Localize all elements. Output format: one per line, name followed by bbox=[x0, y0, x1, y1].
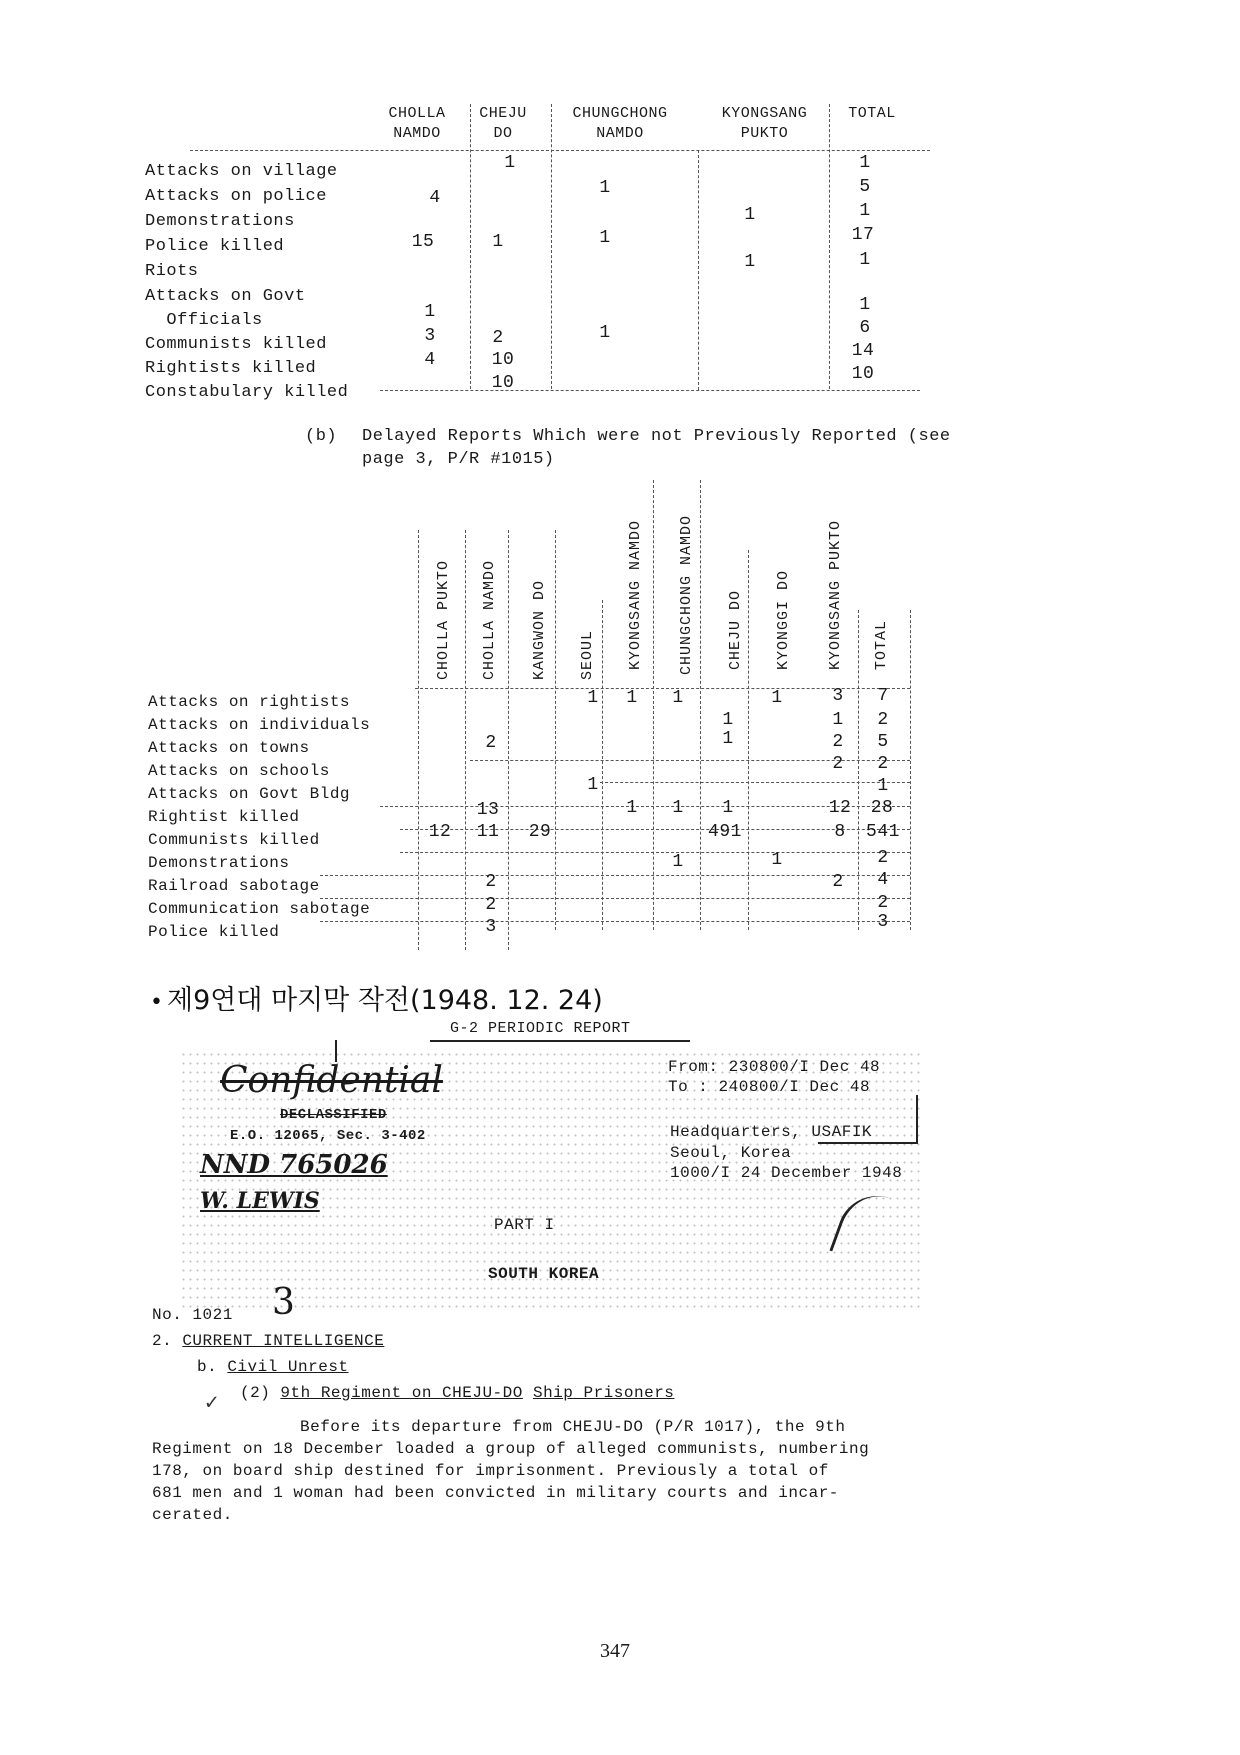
table-b-cell: 2 bbox=[476, 733, 506, 753]
table-b-row-label: Rightist killed bbox=[148, 808, 300, 826]
report-from: From: 230800/I Dec 48 bbox=[668, 1058, 880, 1076]
divider bbox=[700, 480, 701, 930]
divider bbox=[400, 852, 910, 853]
report-number: No. 1021 bbox=[152, 1306, 233, 1324]
bullet-icon: • bbox=[150, 990, 163, 1015]
table-b-cell: 2 bbox=[476, 872, 506, 892]
stamp-nnd: NND 765026 bbox=[200, 1150, 388, 1180]
divider bbox=[600, 782, 910, 783]
table-b-cell: 2 bbox=[868, 893, 898, 913]
table-a-cell: 1 bbox=[410, 302, 450, 322]
table-a-row-label: Demonstrations bbox=[145, 212, 295, 231]
handwritten-number: 3 bbox=[272, 1282, 295, 1323]
table-b-cell: 29 bbox=[520, 822, 560, 842]
table-b-row-label: Attacks on towns bbox=[148, 739, 310, 757]
section-b-line2: page 3, P/R #1015) bbox=[362, 450, 555, 469]
table-b-row-label: Police killed bbox=[148, 923, 279, 941]
table-b-cell: 2 bbox=[868, 754, 898, 774]
divider bbox=[320, 898, 910, 899]
table-a-cell: 1 bbox=[730, 205, 770, 225]
paragraph-line: Regiment on 18 December loaded a group o… bbox=[152, 1438, 869, 1460]
report-datetime: 1000/I 24 December 1948 bbox=[670, 1164, 902, 1182]
table-a-row-label: Police killed bbox=[145, 237, 284, 256]
checkmark-icon: ✓ bbox=[205, 1390, 218, 1416]
divider bbox=[858, 610, 859, 930]
table-b-header-seoul: SEOUL bbox=[579, 610, 596, 680]
table-b-cell: 1 bbox=[663, 798, 693, 818]
table-b-row-label: Communists killed bbox=[148, 831, 320, 849]
table-a-header-cheju-do: CHEJU DO bbox=[463, 104, 543, 144]
divider bbox=[910, 610, 911, 930]
divider bbox=[551, 104, 552, 389]
table-a-cell: 1 bbox=[845, 201, 885, 221]
table-b-cell: 1 bbox=[578, 688, 608, 708]
table-a-row-label: Officials bbox=[145, 311, 263, 330]
table-a-cell: 5 bbox=[845, 177, 885, 197]
table-b-cell: 13 bbox=[468, 800, 508, 820]
table-a-cell: 10 bbox=[478, 373, 528, 393]
table-b-header-kyonggi-do: KYONGGI DO bbox=[775, 555, 792, 670]
table-a-cell: 1 bbox=[730, 252, 770, 272]
report-title: G-2 PERIODIC REPORT bbox=[450, 1020, 631, 1037]
table-a-cell: 1 bbox=[585, 228, 625, 248]
table-b-cell: 491 bbox=[700, 822, 750, 842]
paragraph-line: 178, on board ship destined for imprison… bbox=[152, 1460, 829, 1482]
table-a-row-label: Constabulary killed bbox=[145, 383, 348, 402]
divider bbox=[335, 1040, 337, 1062]
table-b-row-label: Attacks on Govt Bldg bbox=[148, 785, 350, 803]
table-a-cell: 4 bbox=[415, 188, 455, 208]
table-b-row-label: Attacks on individuals bbox=[148, 716, 370, 734]
subsection-heading: b. Civil Unrest bbox=[197, 1358, 349, 1376]
table-a-row-label: Rightists killed bbox=[145, 359, 316, 378]
table-b-cell: 2 bbox=[868, 710, 898, 730]
table-a-cell: 1 bbox=[845, 153, 885, 173]
table-a-cell: 1 bbox=[490, 153, 530, 173]
divider bbox=[320, 921, 910, 922]
report-hq: Headquarters, USAFIK bbox=[670, 1123, 872, 1141]
table-b-row-label: Demonstrations bbox=[148, 854, 289, 872]
table-a-cell: 1 bbox=[585, 323, 625, 343]
table-a-row-label: Attacks on village bbox=[145, 162, 338, 181]
table-b-row-label: Communication sabotage bbox=[148, 900, 370, 918]
divider bbox=[190, 150, 930, 151]
table-b-cell: 2 bbox=[868, 848, 898, 868]
table-b-cell: 1 bbox=[713, 729, 743, 749]
table-b-row-label: Attacks on rightists bbox=[148, 693, 350, 711]
divider bbox=[829, 104, 830, 389]
table-b-cell: 12 bbox=[420, 822, 460, 842]
table-a-row-label: Riots bbox=[145, 262, 199, 281]
divider bbox=[418, 530, 419, 950]
table-a-cell: 10 bbox=[838, 364, 888, 384]
table-a-header-cholla-namdo: CHOLLA NAMDO bbox=[372, 104, 462, 144]
section-heading: 2. CURRENT INTELLIGENCE bbox=[152, 1332, 384, 1350]
table-b-header-cheju-do: CHEJU DO bbox=[727, 590, 744, 670]
table-a-cell: 10 bbox=[478, 350, 528, 370]
table-b-header-kangwon-do: KANGWON DO bbox=[531, 550, 548, 680]
table-a-cell: 15 bbox=[398, 232, 448, 252]
divider bbox=[653, 480, 654, 930]
report-to: To : 240800/I Dec 48 bbox=[668, 1078, 870, 1096]
table-a-cell: 14 bbox=[838, 341, 888, 361]
section-b-line1: Delayed Reports Which were not Previousl… bbox=[362, 427, 951, 446]
divider bbox=[748, 550, 749, 930]
table-a-cell: 4 bbox=[410, 350, 450, 370]
table-b-cell: 1 bbox=[868, 776, 898, 796]
report-location: Seoul, Korea bbox=[670, 1144, 791, 1162]
table-b-header-total: TOTAL bbox=[873, 610, 890, 670]
table-b-cell: 541 bbox=[858, 822, 908, 842]
table-b-cell: 1 bbox=[663, 688, 693, 708]
korean-section-heading: •제9연대 마지막 작전(1948. 12. 24) bbox=[150, 978, 603, 1017]
table-a-header-kyongsang-pukto: KYONGSANG PUKTO bbox=[702, 104, 827, 144]
table-a-cell: 1 bbox=[845, 250, 885, 270]
table-b-cell: 1 bbox=[713, 798, 743, 818]
table-a-cell: 17 bbox=[838, 225, 888, 245]
table-a-row-label: Attacks on Govt bbox=[145, 287, 306, 306]
table-b-cell: 1 bbox=[713, 710, 743, 730]
table-a-cell: 2 bbox=[478, 328, 518, 348]
table-b-header-cholla-namdo: CHOLLA NAMDO bbox=[481, 530, 498, 680]
table-b-header-chungchong-namdo: CHUNGCHONG NAMDO bbox=[678, 480, 695, 675]
table-a-cell: 3 bbox=[410, 326, 450, 346]
page-number: 347 bbox=[600, 1640, 630, 1663]
table-b-cell: 1 bbox=[762, 688, 792, 708]
divider bbox=[916, 1095, 918, 1143]
table-b-cell: 12 bbox=[820, 798, 860, 818]
divider bbox=[465, 530, 466, 950]
section-b-marker: (b) bbox=[305, 427, 337, 446]
table-b-cell: 1 bbox=[762, 850, 792, 870]
table-b-cell: 4 bbox=[868, 870, 898, 890]
divider bbox=[380, 390, 920, 391]
paragraph-line: cerated. bbox=[152, 1504, 233, 1526]
table-a-cell: 1 bbox=[585, 178, 625, 198]
table-b-cell: 8 bbox=[825, 822, 855, 842]
report-region: SOUTH KOREA bbox=[488, 1265, 599, 1283]
divider bbox=[508, 530, 509, 950]
table-a-cell: 6 bbox=[845, 318, 885, 338]
divider bbox=[430, 1040, 690, 1042]
table-b-cell: 5 bbox=[868, 732, 898, 752]
table-b-cell: 28 bbox=[862, 798, 902, 818]
table-a-header-chungchong-namdo: CHUNGCHONG NAMDO bbox=[555, 104, 685, 144]
paragraph-line: Before its departure from CHEJU-DO (P/R … bbox=[300, 1416, 845, 1438]
table-a-row-label: Attacks on police bbox=[145, 187, 327, 206]
divider bbox=[602, 600, 603, 930]
table-b-cell: 2 bbox=[823, 732, 853, 752]
table-b-cell: 1 bbox=[823, 710, 853, 730]
table-b-header-kyongsang-pukto: KYONGSANG PUKTO bbox=[827, 490, 844, 670]
stamp-declassified: DECLASSIFIED bbox=[280, 1107, 387, 1123]
divider bbox=[698, 150, 699, 390]
table-b-cell: 7 bbox=[868, 686, 898, 706]
stamp-by: W. LEWIS bbox=[200, 1188, 320, 1214]
table-a-header-total: TOTAL bbox=[832, 104, 912, 124]
table-a-row-label: Communists killed bbox=[145, 335, 327, 354]
table-b-cell: 1 bbox=[663, 852, 693, 872]
paragraph-line: 681 men and 1 woman had been convicted i… bbox=[152, 1482, 839, 1504]
table-b-cell: 11 bbox=[468, 822, 508, 842]
table-b-cell: 3 bbox=[823, 686, 853, 706]
table-b-cell: 3 bbox=[868, 912, 898, 932]
stamp-confidential: Confidential bbox=[220, 1060, 443, 1101]
table-b-cell: 1 bbox=[578, 775, 608, 795]
divider bbox=[320, 875, 910, 876]
item-heading: (2) 9th Regiment on CHEJU-DO Ship Prison… bbox=[240, 1384, 674, 1402]
table-b-cell: 3 bbox=[476, 917, 506, 937]
table-b-cell: 2 bbox=[823, 754, 853, 774]
table-a-cell: 1 bbox=[845, 295, 885, 315]
table-b-cell: 1 bbox=[617, 688, 647, 708]
table-b-cell: 2 bbox=[476, 895, 506, 915]
divider bbox=[555, 530, 556, 930]
divider bbox=[470, 104, 471, 389]
table-b-row-label: Railroad sabotage bbox=[148, 877, 320, 895]
table-b-header-cholla-pukto: CHOLLA PUKTO bbox=[435, 530, 452, 680]
table-b-row-label: Attacks on schools bbox=[148, 762, 330, 780]
table-b-header-kyongsang-namdo: KYONGSANG NAMDO bbox=[627, 480, 644, 670]
stamp-eo: E.O. 12065, Sec. 3-402 bbox=[230, 1128, 426, 1144]
report-part: PART I bbox=[494, 1216, 555, 1234]
table-a-cell: 1 bbox=[478, 232, 518, 252]
table-b-cell: 2 bbox=[823, 872, 853, 892]
table-b-cell: 1 bbox=[617, 798, 647, 818]
divider bbox=[818, 1142, 918, 1144]
